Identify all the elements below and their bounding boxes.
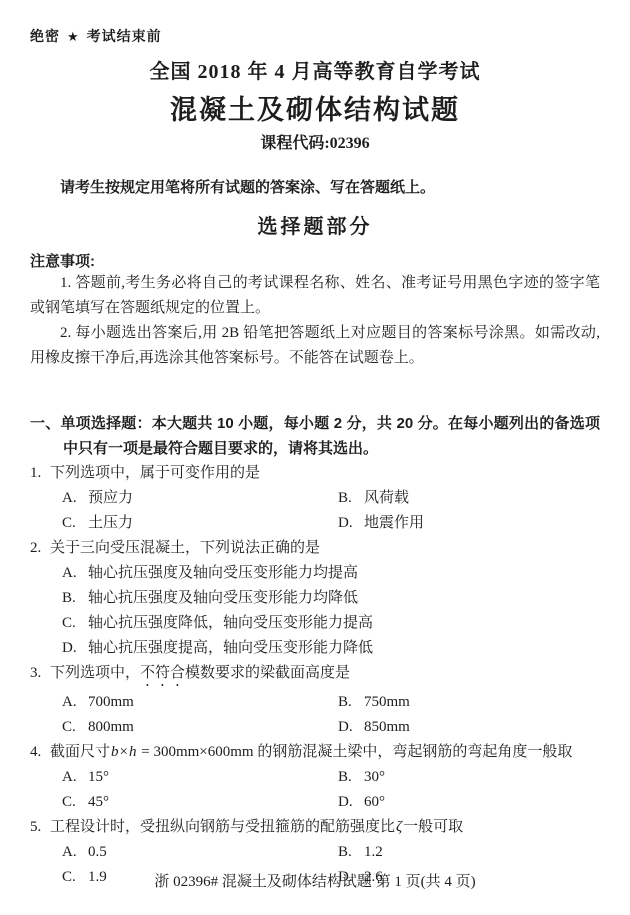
question-4-number: 4. [30,740,50,765]
option-3-b-label: B. [338,690,364,715]
option-3-a-text: 700mm [88,694,134,710]
option-5-a-text: 0.5 [88,844,107,860]
option-5-b-text: 1.2 [364,844,383,860]
option-2-d-label: D. [62,636,88,661]
option-2-c: C.轴心抗压强度降低，轴向受压变形能力提高 [62,611,600,636]
option-4-a: A.15° [62,765,338,790]
exam-title: 混凝土及砌体结构试题 [30,88,600,127]
option-4-c-text: 45° [88,794,109,810]
option-4-b: B.30° [338,765,600,790]
option-1-a: A.预应力 [62,486,338,511]
page-footer: 浙 02396# 混凝土及砌体结构试题 第 1 页(共 4 页) [0,870,630,891]
option-4-b-text: 30° [364,769,385,785]
question-1-stem: 1.下列选项中，属于可变作用的是 [30,461,600,486]
question-2-stem: 2.关于三向受压混凝土，下列说法正确的是 [30,536,600,561]
option-2-c-text: 轴心抗压强度降低，轴向受压变形能力提高 [88,615,373,631]
note-item-1: 1. 答题前,考生务必将自己的考试课程名称、姓名、准考证号用黑色字迹的签字笔或钢… [30,271,600,321]
note-item-2: 2. 每小题选出答案后,用 2B 铅笔把答题纸上对应题目的答案标号涂黑。如需改动… [30,321,600,371]
question-5-zeta-symbol: ζ [395,819,403,835]
option-3-b: B.750mm [338,690,600,715]
option-1-b-label: B. [338,486,364,511]
option-2-b-text: 轴心抗压强度及轴向受压变形能力均降低 [88,590,358,606]
option-4-d: D.60° [338,790,600,815]
option-4-d-text: 60° [364,794,385,810]
formula-var-b: b [110,744,120,760]
question-1-options: A.预应力 B.风荷载 C.土压力 D.地震作用 [62,486,600,536]
course-code: 课程代码:02396 [30,130,600,153]
option-2-d: D.轴心抗压强度提高，轴向受压变形能力降低 [62,636,600,661]
option-5-a: A.0.5 [62,840,338,865]
question-1-text: 下列选项中，属于可变作用的是 [50,465,260,481]
option-4-c: C.45° [62,790,338,815]
question-3-text-post: 模数要求的梁截面高度是 [185,665,350,681]
exam-timing-label: 考试结束前 [87,28,162,44]
star-icon: ★ [67,29,80,44]
part-one-number: 一、 [30,415,60,432]
question-2-number: 2. [30,536,50,561]
section-title: 选择题部分 [30,210,600,239]
option-2-d-text: 轴心抗压强度提高，轴向受压变形能力降低 [88,640,373,656]
question-3-number: 3. [30,661,50,686]
question-2-options: A.轴心抗压强度及轴向受压变形能力均提高 B.轴心抗压强度及轴向受压变形能力均降… [62,561,600,661]
question-2: 2.关于三向受压混凝土，下列说法正确的是 A.轴心抗压强度及轴向受压变形能力均提… [30,536,600,661]
instruction-text: 请考生按规定用笔将所有试题的答案涂、写在答题纸上。 [30,176,600,197]
question-4-text-post: 的钢筋混凝土梁中，弯起钢筋的弯起角度一般取 [257,744,572,760]
question-1-number: 1. [30,461,50,486]
formula-times-sign: × [120,744,128,760]
exam-page: 绝密★考试结束前 全国 2018 年 4 月高等教育自学考试 混凝土及砌体结构试… [0,0,630,915]
question-4-stem: 4.截面尺寸b×h = 300mm×600mm 的钢筋混凝土梁中，弯起钢筋的弯起… [30,740,600,765]
option-1-b: B.风荷载 [338,486,600,511]
option-2-b-label: B. [62,586,88,611]
part-one-heading: 一、单项选择题：本大题共 10 小题，每小题 2 分，共 20 分。在每小题列出… [30,411,600,461]
question-5-text-post: 一般可取 [403,819,463,835]
option-4-b-label: B. [338,765,364,790]
option-3-a-label: A. [62,690,88,715]
option-3-d-text: 850mm [364,719,410,735]
classification-label: 绝密 [30,28,60,44]
option-5-a-label: A. [62,840,88,865]
question-1: 1.下列选项中，属于可变作用的是 A.预应力 B.风荷载 C.土压力 D.地震作… [30,461,600,536]
question-5-stem: 5.工程设计时，受扭纵向钢筋与受扭箍筋的配筋强度比ζ一般可取 [30,815,600,840]
option-1-d-text: 地震作用 [364,515,424,531]
option-2-a-text: 轴心抗压强度及轴向受压变形能力均提高 [88,565,358,581]
option-4-a-label: A. [62,765,88,790]
option-1-a-label: A. [62,486,88,511]
option-1-b-text: 风荷载 [364,490,409,506]
question-3-emphasized-text: 不符合 [140,665,185,681]
question-4-options: A.15° B.30° C.45° D.60° [62,765,600,815]
option-2-a: A.轴心抗压强度及轴向受压变形能力均提高 [62,561,600,586]
option-5-b: B.1.2 [338,840,600,865]
option-3-c-text: 800mm [88,719,134,735]
option-1-c: C.土压力 [62,511,338,536]
option-3-b-text: 750mm [364,694,410,710]
option-2-c-label: C. [62,611,88,636]
question-3: 3.下列选项中，不符合模数要求的梁截面高度是 A.700mm B.750mm C… [30,661,600,740]
formula-dimensions: = 300mm×600mm [137,744,257,760]
question-3-text-pre: 下列选项中， [50,665,140,681]
option-1-d-label: D. [338,511,364,536]
question-3-options: A.700mm B.750mm C.800mm D.850mm [62,690,600,740]
option-3-a: A.700mm [62,690,338,715]
question-5-text-pre: 工程设计时，受扭纵向钢筋与受扭箍筋的配筋强度比 [50,819,395,835]
notes-heading: 注意事项: [30,250,600,271]
option-1-a-text: 预应力 [88,490,133,506]
question-4-text-pre: 截面尺寸 [50,744,110,760]
exam-session-title: 全国 2018 年 4 月高等教育自学考试 [30,55,600,84]
option-1-c-label: C. [62,511,88,536]
option-4-c-label: C. [62,790,88,815]
option-5-b-label: B. [338,840,364,865]
option-3-d: D.850mm [338,715,600,740]
option-1-d: D.地震作用 [338,511,600,536]
question-4-formula: b×h = 300mm×600mm [110,744,257,760]
option-1-c-text: 土压力 [88,515,133,531]
question-3-stem: 3.下列选项中，不符合模数要求的梁截面高度是 [30,661,600,690]
classification-header: 绝密★考试结束前 [30,0,600,46]
option-2-b: B.轴心抗压强度及轴向受压变形能力均降低 [62,586,600,611]
option-3-d-label: D. [338,715,364,740]
option-3-c: C.800mm [62,715,338,740]
question-4: 4.截面尺寸b×h = 300mm×600mm 的钢筋混凝土梁中，弯起钢筋的弯起… [30,740,600,815]
option-3-c-label: C. [62,715,88,740]
option-4-d-label: D. [338,790,364,815]
option-2-a-label: A. [62,561,88,586]
part-one-text: 单项选择题：本大题共 10 小题，每小题 2 分，共 20 分。在每小题列出的备… [60,415,600,457]
option-4-a-text: 15° [88,769,109,785]
question-2-text: 关于三向受压混凝土，下列说法正确的是 [50,540,320,556]
question-5-number: 5. [30,815,50,840]
